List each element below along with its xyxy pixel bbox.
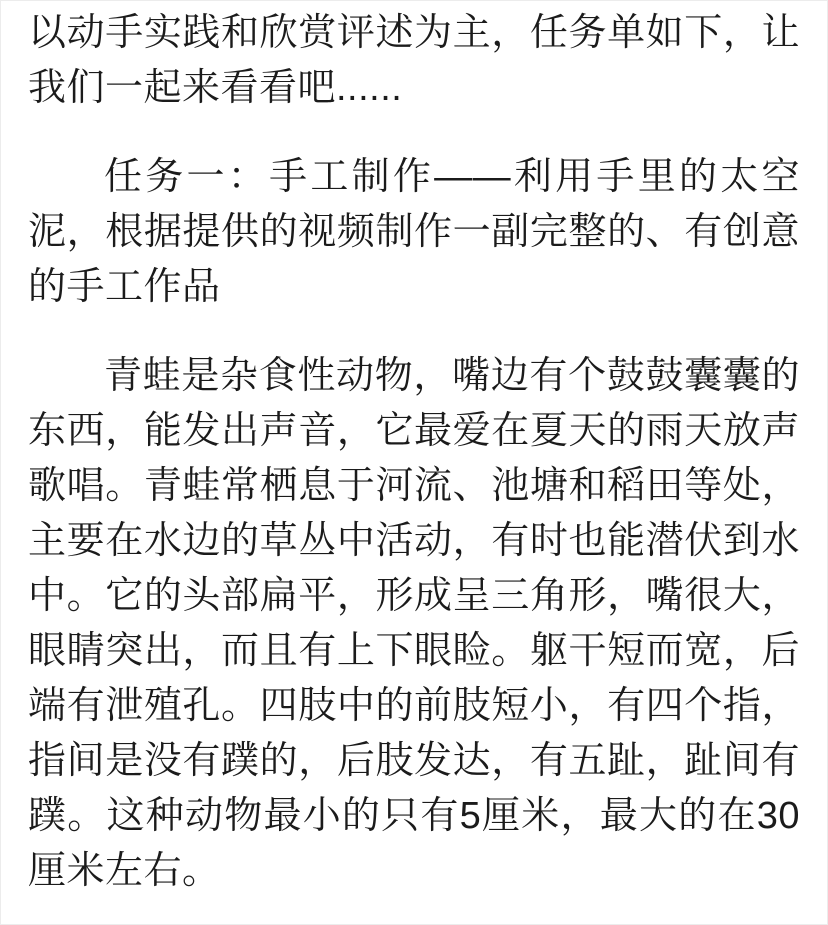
document-page: 以动手实践和欣赏评述为主，任务单如下，让我们一起来看看吧...... 任务一：手… [0,0,828,925]
paragraph-task-one: 任务一：手工制作——利用手里的太空泥，根据提供的视频制作一副完整的、有创意的手工… [28,150,800,315]
paragraph-frog-description: 青蛙是杂食性动物，嘴边有个鼓鼓囊囊的东西，能发出声音，它最爱在夏天的雨天放声歌唱… [28,349,800,899]
paragraph-intro: 以动手实践和欣赏评述为主，任务单如下，让我们一起来看看吧...... [28,6,800,116]
